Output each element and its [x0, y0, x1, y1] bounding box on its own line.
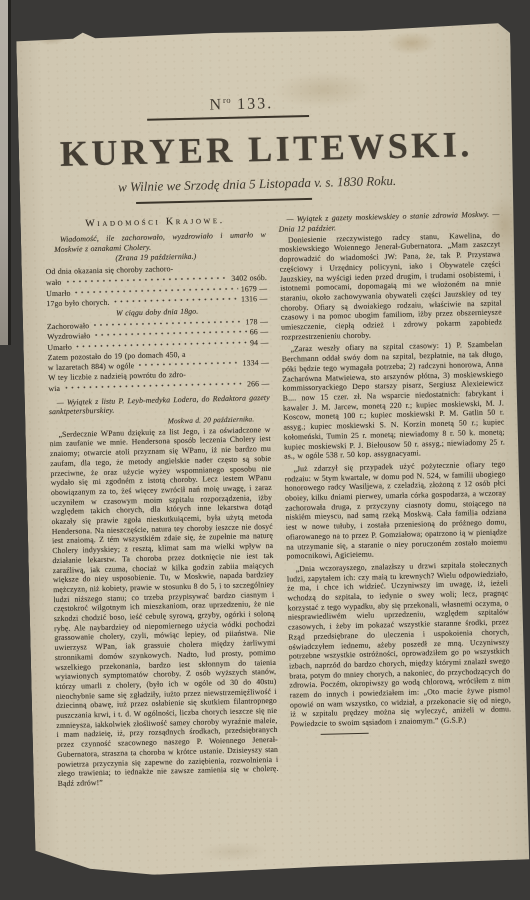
- stat-value: 94 —: [250, 338, 269, 348]
- issue-number: Nro 133.: [14, 89, 469, 119]
- issue-rule: [147, 115, 309, 121]
- issue-value: 133.: [237, 95, 273, 113]
- letter-body: „Serdecznie WPanu dziękuię za list Jego,…: [49, 425, 278, 789]
- scan-background: Nro 133. KURYER LITEWSKI. w Wilnie we Sr…: [0, 0, 530, 900]
- issue-prefix: N: [209, 96, 223, 113]
- dateline-rule: [136, 198, 312, 204]
- page-content: Nro 133. KURYER LITEWSKI. w Wilnie we Sr…: [16, 22, 528, 789]
- article-end-rule: [321, 733, 369, 736]
- dot-leader: [112, 294, 238, 305]
- stat-label: wało: [46, 278, 62, 288]
- issue-superscript: ro: [223, 95, 231, 105]
- stat-label: Zachorowało: [47, 321, 89, 332]
- dot-leader: [137, 358, 239, 368]
- dateline: w Wilnie we Srzodę dnia 5 Listopada v. s…: [30, 171, 485, 198]
- stat-label: Umarło: [47, 343, 72, 353]
- article-paragraph: „Zaraz weszły ofiary na szpital czasowy:…: [281, 340, 505, 462]
- letter-heading: — Wyiątek z listu P. Leyb-medyka Lodera,…: [49, 393, 270, 418]
- article-paragraph: Doniesienie rzeczywistego radcy stanu, K…: [279, 230, 502, 342]
- stat-value: 178 —: [245, 317, 268, 327]
- cholera-stats-table: Od dnia okazania się choroby zachoro- wa…: [46, 262, 270, 394]
- stat-value: 1679 —: [241, 284, 268, 294]
- stat-label: wia: [48, 384, 60, 394]
- right-column: — Wyiątek z gazety moskiewskiey o stanie…: [278, 210, 512, 783]
- stat-label: 17go było chorych.: [46, 298, 109, 309]
- book-edge-strip: [0, 0, 11, 345]
- section-heading: Wiadomości Krajowe.: [44, 215, 265, 230]
- stat-value: 1316 —: [241, 294, 268, 304]
- article-columns: Wiadomości Krajowe. Wiadomość, ile zacho…: [44, 210, 512, 789]
- masthead-title: KURYER LITEWSKI.: [38, 123, 494, 176]
- stat-value: 266 —: [247, 379, 270, 389]
- article-paragraph: „Już zdarzył się przypadek użyć pożytecz…: [284, 459, 507, 561]
- newspaper-page: Nro 133. KURYER LITEWSKI. w Wilnie we Sr…: [16, 22, 530, 877]
- stat-label: Umarło: [46, 288, 71, 298]
- stat-value: 1334 —: [242, 358, 269, 368]
- stat-value: 3402 osób.: [231, 273, 267, 284]
- left-column: Wiadomości Krajowe. Wiadomość, ile zacho…: [44, 215, 278, 788]
- article-paragraph: „Dnia wczorayszego, znalazłszy u drzwi s…: [287, 559, 512, 729]
- stat-value: 66 —: [250, 327, 269, 337]
